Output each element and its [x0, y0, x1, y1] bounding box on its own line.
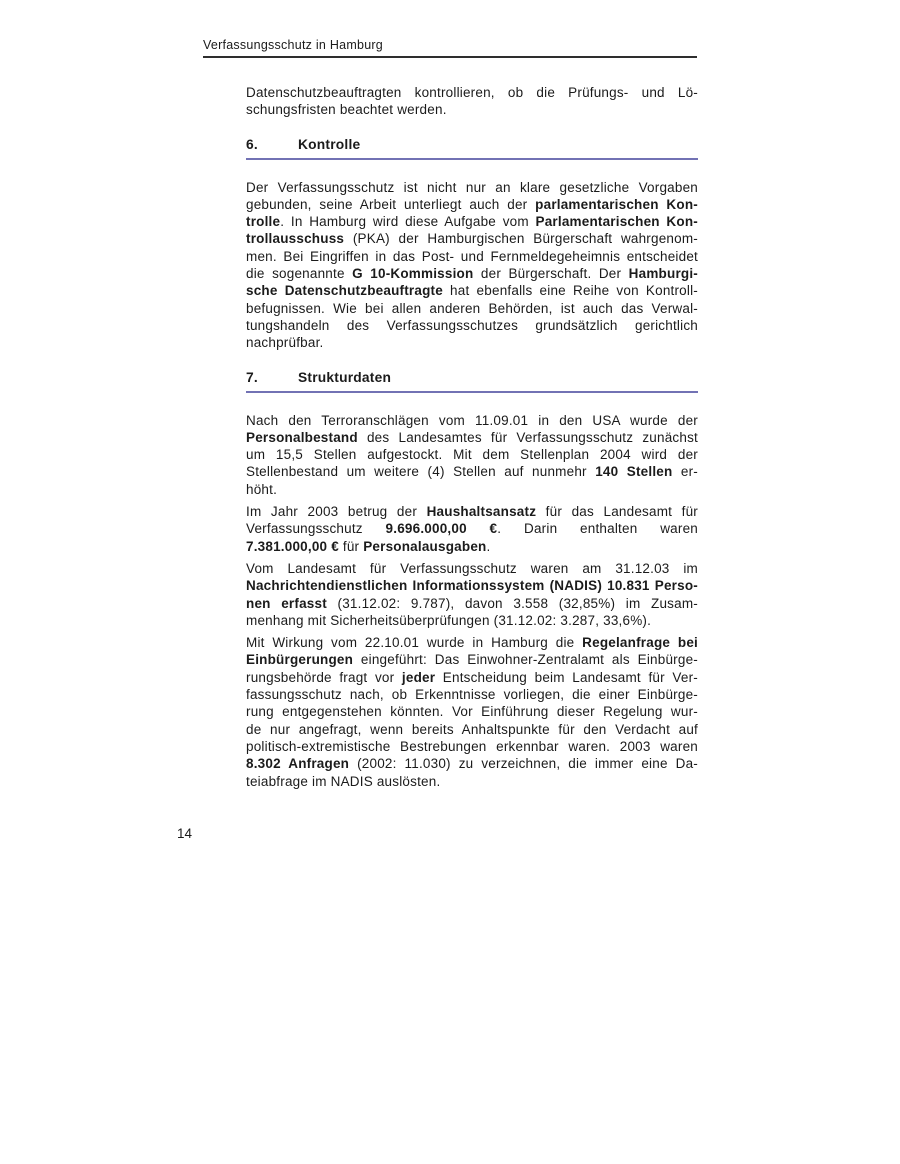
document-page: Verfassungsschutz in Hamburg Datenschutz…: [0, 0, 900, 1164]
section-number: 7.: [246, 370, 298, 386]
paragraph-intro: Datenschutzbeauftragten kontrollieren, o…: [246, 84, 698, 119]
paragraph-regelanfrage: Mit Wirkung vom 22.10.01 wurde in Hambur…: [246, 634, 698, 790]
paragraph-nadis: Vom Landesamt für Verfassungsschutz ware…: [246, 560, 698, 629]
section-title: Kontrolle: [298, 137, 360, 152]
paragraph-personalbestand: Nach den Terroranschlägen vom 11.09.01 i…: [246, 412, 698, 498]
section-title: Strukturdaten: [298, 370, 391, 385]
page-header: Verfassungsschutz in Hamburg: [203, 38, 697, 58]
page-number: 14: [177, 826, 192, 841]
section-heading-strukturdaten: 7.Strukturdaten: [246, 370, 698, 393]
page-content: Datenschutzbeauftragten kontrollieren, o…: [246, 84, 698, 795]
paragraph-haushaltsansatz: Im Jahr 2003 betrug der Haushaltsansatz …: [246, 503, 698, 555]
paragraph-kontrolle: Der Verfassungsschutz ist nicht nur an k…: [246, 179, 698, 352]
section-number: 6.: [246, 137, 298, 153]
header-title: Verfassungsschutz in Hamburg: [203, 38, 383, 52]
section-heading-kontrolle: 6.Kontrolle: [246, 137, 698, 160]
